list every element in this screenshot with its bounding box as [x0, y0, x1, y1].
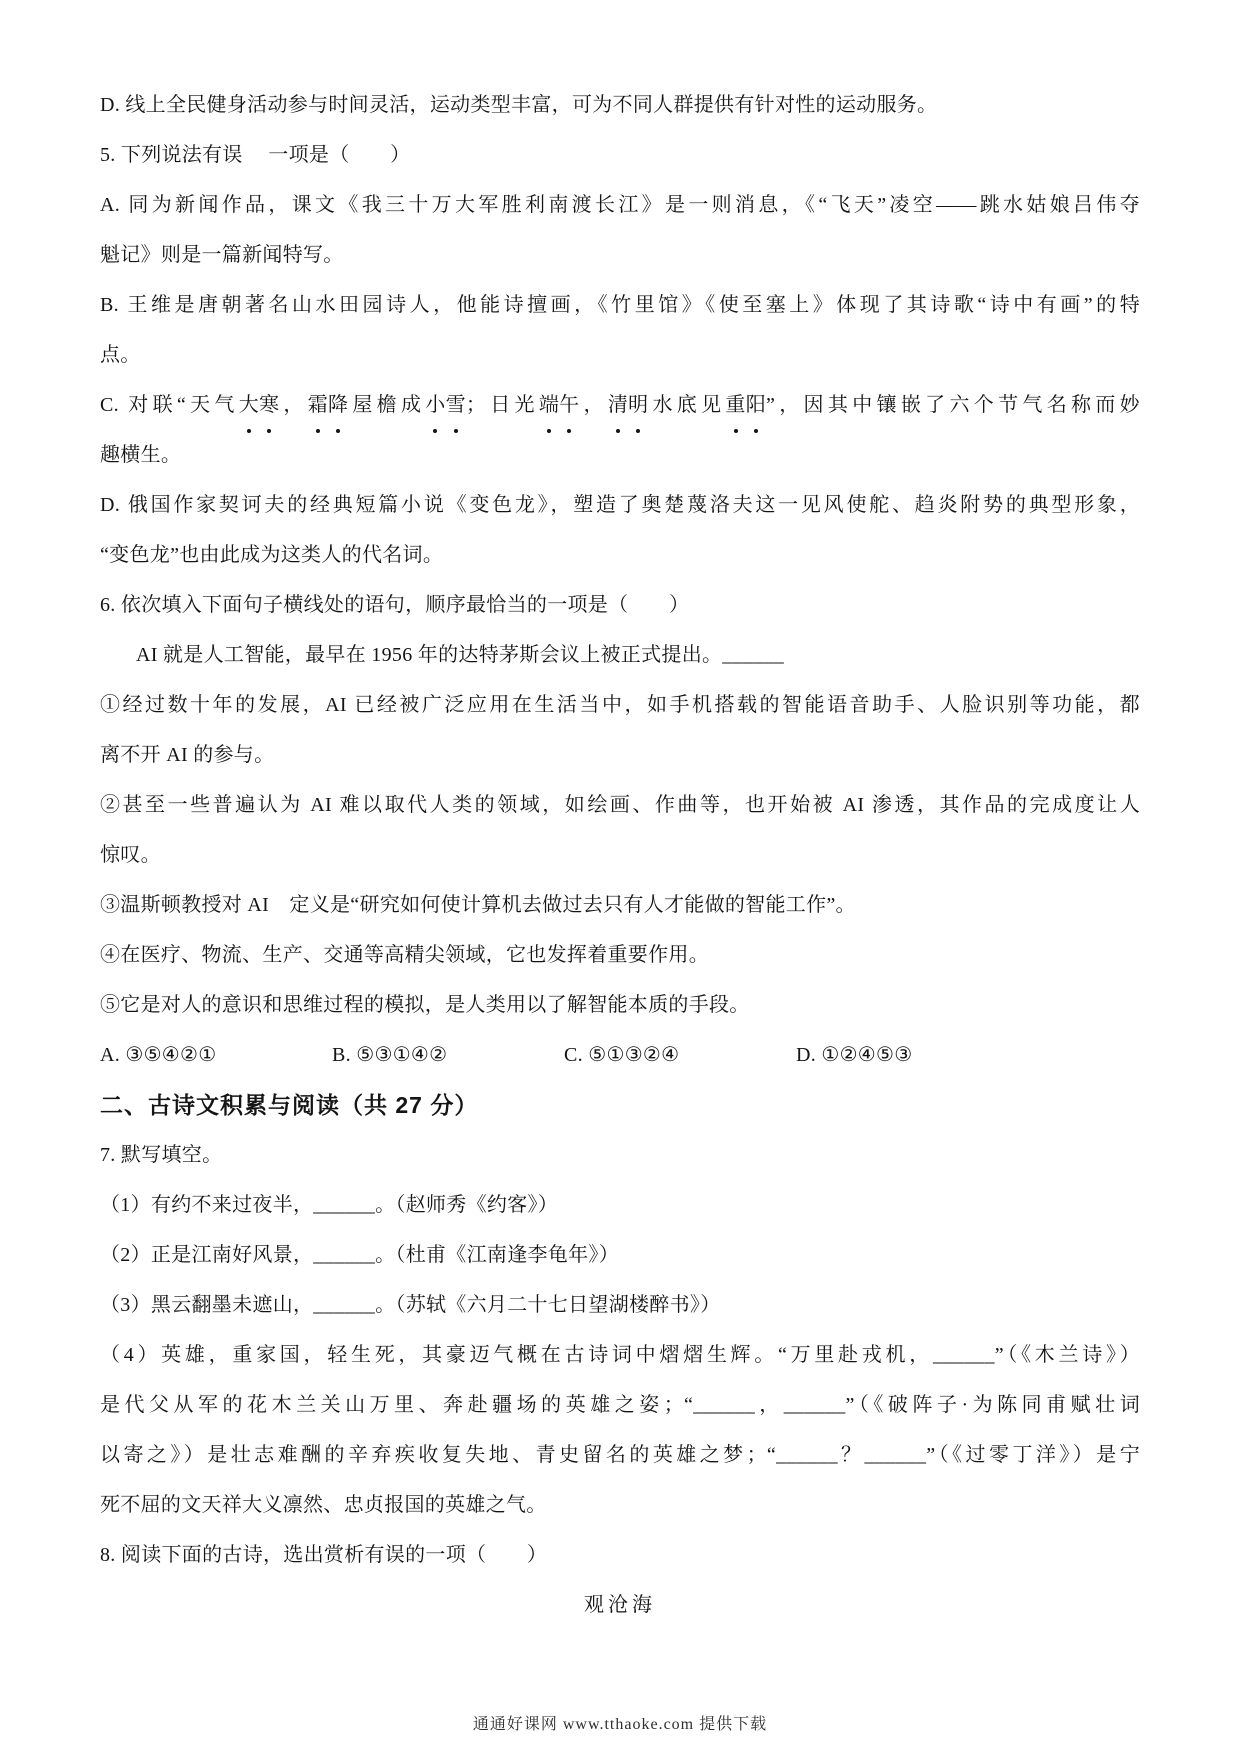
q7-stem: 7. 默写填空。 — [100, 1130, 1140, 1180]
answer-option: D. ①②④⑤③ — [796, 1030, 913, 1080]
poem-title: 观沧海 — [100, 1580, 1140, 1630]
q5-option-b-line2: 点。 — [100, 330, 1140, 380]
page-footer: 通通好课网 www.tthaoke.com 提供下载 — [0, 1711, 1240, 1734]
text-segment: ；日光 — [466, 394, 539, 416]
text-segment: 水底见 — [648, 394, 725, 416]
answer-option: A. ③⑤④②① — [100, 1030, 332, 1080]
emphasized-char: 寒 — [259, 380, 279, 430]
text-segment: ”，因其中镶嵌了六个节气名称而妙 — [766, 394, 1140, 416]
emphasized-char: 清 — [608, 380, 628, 430]
emphasized-char: 端 — [539, 380, 559, 430]
q5-option-c-line2: 趣横生。 — [100, 430, 1140, 480]
q7-item-4-line1: （4）英雄，重家国，轻生死，其豪迈气概在古诗词中熠熠生辉。“万里赴戎机，____… — [100, 1330, 1140, 1380]
q4-option-d: D. 线上全民健身活动参与时间灵活，运动类型丰富，可为不同人群提供有针对性的运动… — [100, 80, 1140, 130]
q6-answer-options: A. ③⑤④②①B. ⑤③①④②C. ⑤①③②④D. ①②④⑤③ — [100, 1030, 1140, 1080]
q6-sentence-4: ④在医疗、物流、生产、交通等高精尖领域，它也发挥着重要作用。 — [100, 930, 1140, 980]
q7-item-1: （1）有约不来过夜半，______。（赵师秀《约客》） — [100, 1180, 1140, 1230]
text-segment: C. 对联“天气 — [100, 394, 239, 416]
section-2-heading: 二、古诗文积累与阅读（共 27 分） — [100, 1080, 1140, 1130]
emphasized-char: 大 — [239, 380, 259, 430]
q7-item-3: （3）黑云翻墨未遮山，______。（苏轼《六月二十七日望湖楼醉书》） — [100, 1280, 1140, 1330]
q5-option-d-line1: D. 俄国作家契诃夫的经典短篇小说《变色龙》，塑造了奥楚蔑洛夫这一见风使舵、趋炎… — [100, 480, 1140, 530]
q7-item-4-line3: 以寄之》）是壮志难酬的辛弃疾收复失地、青史留名的英雄之梦；“______？___… — [100, 1430, 1140, 1480]
emphasized-char: 午 — [559, 380, 579, 430]
exam-page: D. 线上全民健身活动参与时间灵活，运动类型丰富，可为不同人群提供有针对性的运动… — [0, 0, 1240, 1754]
emphasized-char: 明 — [628, 380, 648, 430]
emphasized-char: 小 — [425, 380, 445, 430]
q7-item-4-line4: 死不屈的文天祥大义凛然、忠贞报国的英雄之气。 — [100, 1480, 1140, 1530]
q6-sentence-3: ③温斯顿教授对 AI 定义是“研究如何使计算机去做过去只有人才能做的智能工作”。 — [100, 880, 1140, 930]
emphasized-char: 降 — [328, 380, 348, 430]
q5-option-c-line1: C. 对联“天气大寒，霜降屋檐成小雪；日光端午，清明水底见重阳”，因其中镶嵌了六… — [100, 380, 1140, 430]
q5-option-b-line1: B. 王维是唐朝著名山水田园诗人，他能诗擅画，《竹里馆》《使至塞上》体现了其诗歌… — [100, 280, 1140, 330]
document-body: D. 线上全民健身活动参与时间灵活，运动类型丰富，可为不同人群提供有针对性的运动… — [100, 80, 1140, 1630]
q6-sentence-2-line1: ②甚至一些普遍认为 AI 难以取代人类的领域，如绘画、作曲等，也开始被 AI 渗… — [100, 780, 1140, 830]
q5-option-d-line2: “变色龙”也由此成为这类人的代名词。 — [100, 530, 1140, 580]
emphasized-char: 霜 — [308, 380, 328, 430]
q6-sentence-1-line2: 离不开 AI 的参与。 — [100, 730, 1140, 780]
q6-sentence-5: ⑤它是对人的意识和思维过程的模拟，是人类用以了解智能本质的手段。 — [100, 980, 1140, 1030]
answer-option: C. ⑤①③②④ — [564, 1030, 796, 1080]
answer-option: B. ⑤③①④② — [332, 1030, 564, 1080]
text-segment: ， — [579, 394, 607, 416]
text-segment: ， — [279, 394, 307, 416]
q5-option-a-line1: A. 同为新闻作品，课文《我三十万大军胜利南渡长江》是一则消息，《“飞天”凌空—… — [100, 180, 1140, 230]
q5-option-a-line2: 魁记》则是一篇新闻特写。 — [100, 230, 1140, 280]
q6-sentence-1-line1: ①经过数十年的发展，AI 已经被广泛应用在生活当中，如手机搭载的智能语音助手、人… — [100, 680, 1140, 730]
q8-stem: 8. 阅读下面的古诗，选出赏析有误的一项（ ） — [100, 1530, 1140, 1580]
emphasized-char: 重 — [725, 380, 745, 430]
emphasized-char: 阳 — [746, 380, 766, 430]
q5-stem: 5. 下列说法有误 一项是（ ） — [100, 130, 1140, 180]
q6-stem: 6. 依次填入下面句子横线处的语句，顺序最恰当的一项是（ ） — [100, 580, 1140, 630]
q7-item-4-line2: 是代父从军的花木兰关山万里、奔赴疆场的英雄之姿；“______，______”（… — [100, 1380, 1140, 1430]
emphasized-char: 雪 — [446, 380, 466, 430]
text-segment: 屋檐成 — [348, 394, 425, 416]
q6-passage-intro: AI 就是人工智能，最早在 1956 年的达特茅斯会议上被正式提出。______ — [100, 630, 1140, 680]
q7-item-2: （2）正是江南好风景，______。（杜甫《江南逢李龟年》） — [100, 1230, 1140, 1280]
q6-sentence-2-line2: 惊叹。 — [100, 830, 1140, 880]
